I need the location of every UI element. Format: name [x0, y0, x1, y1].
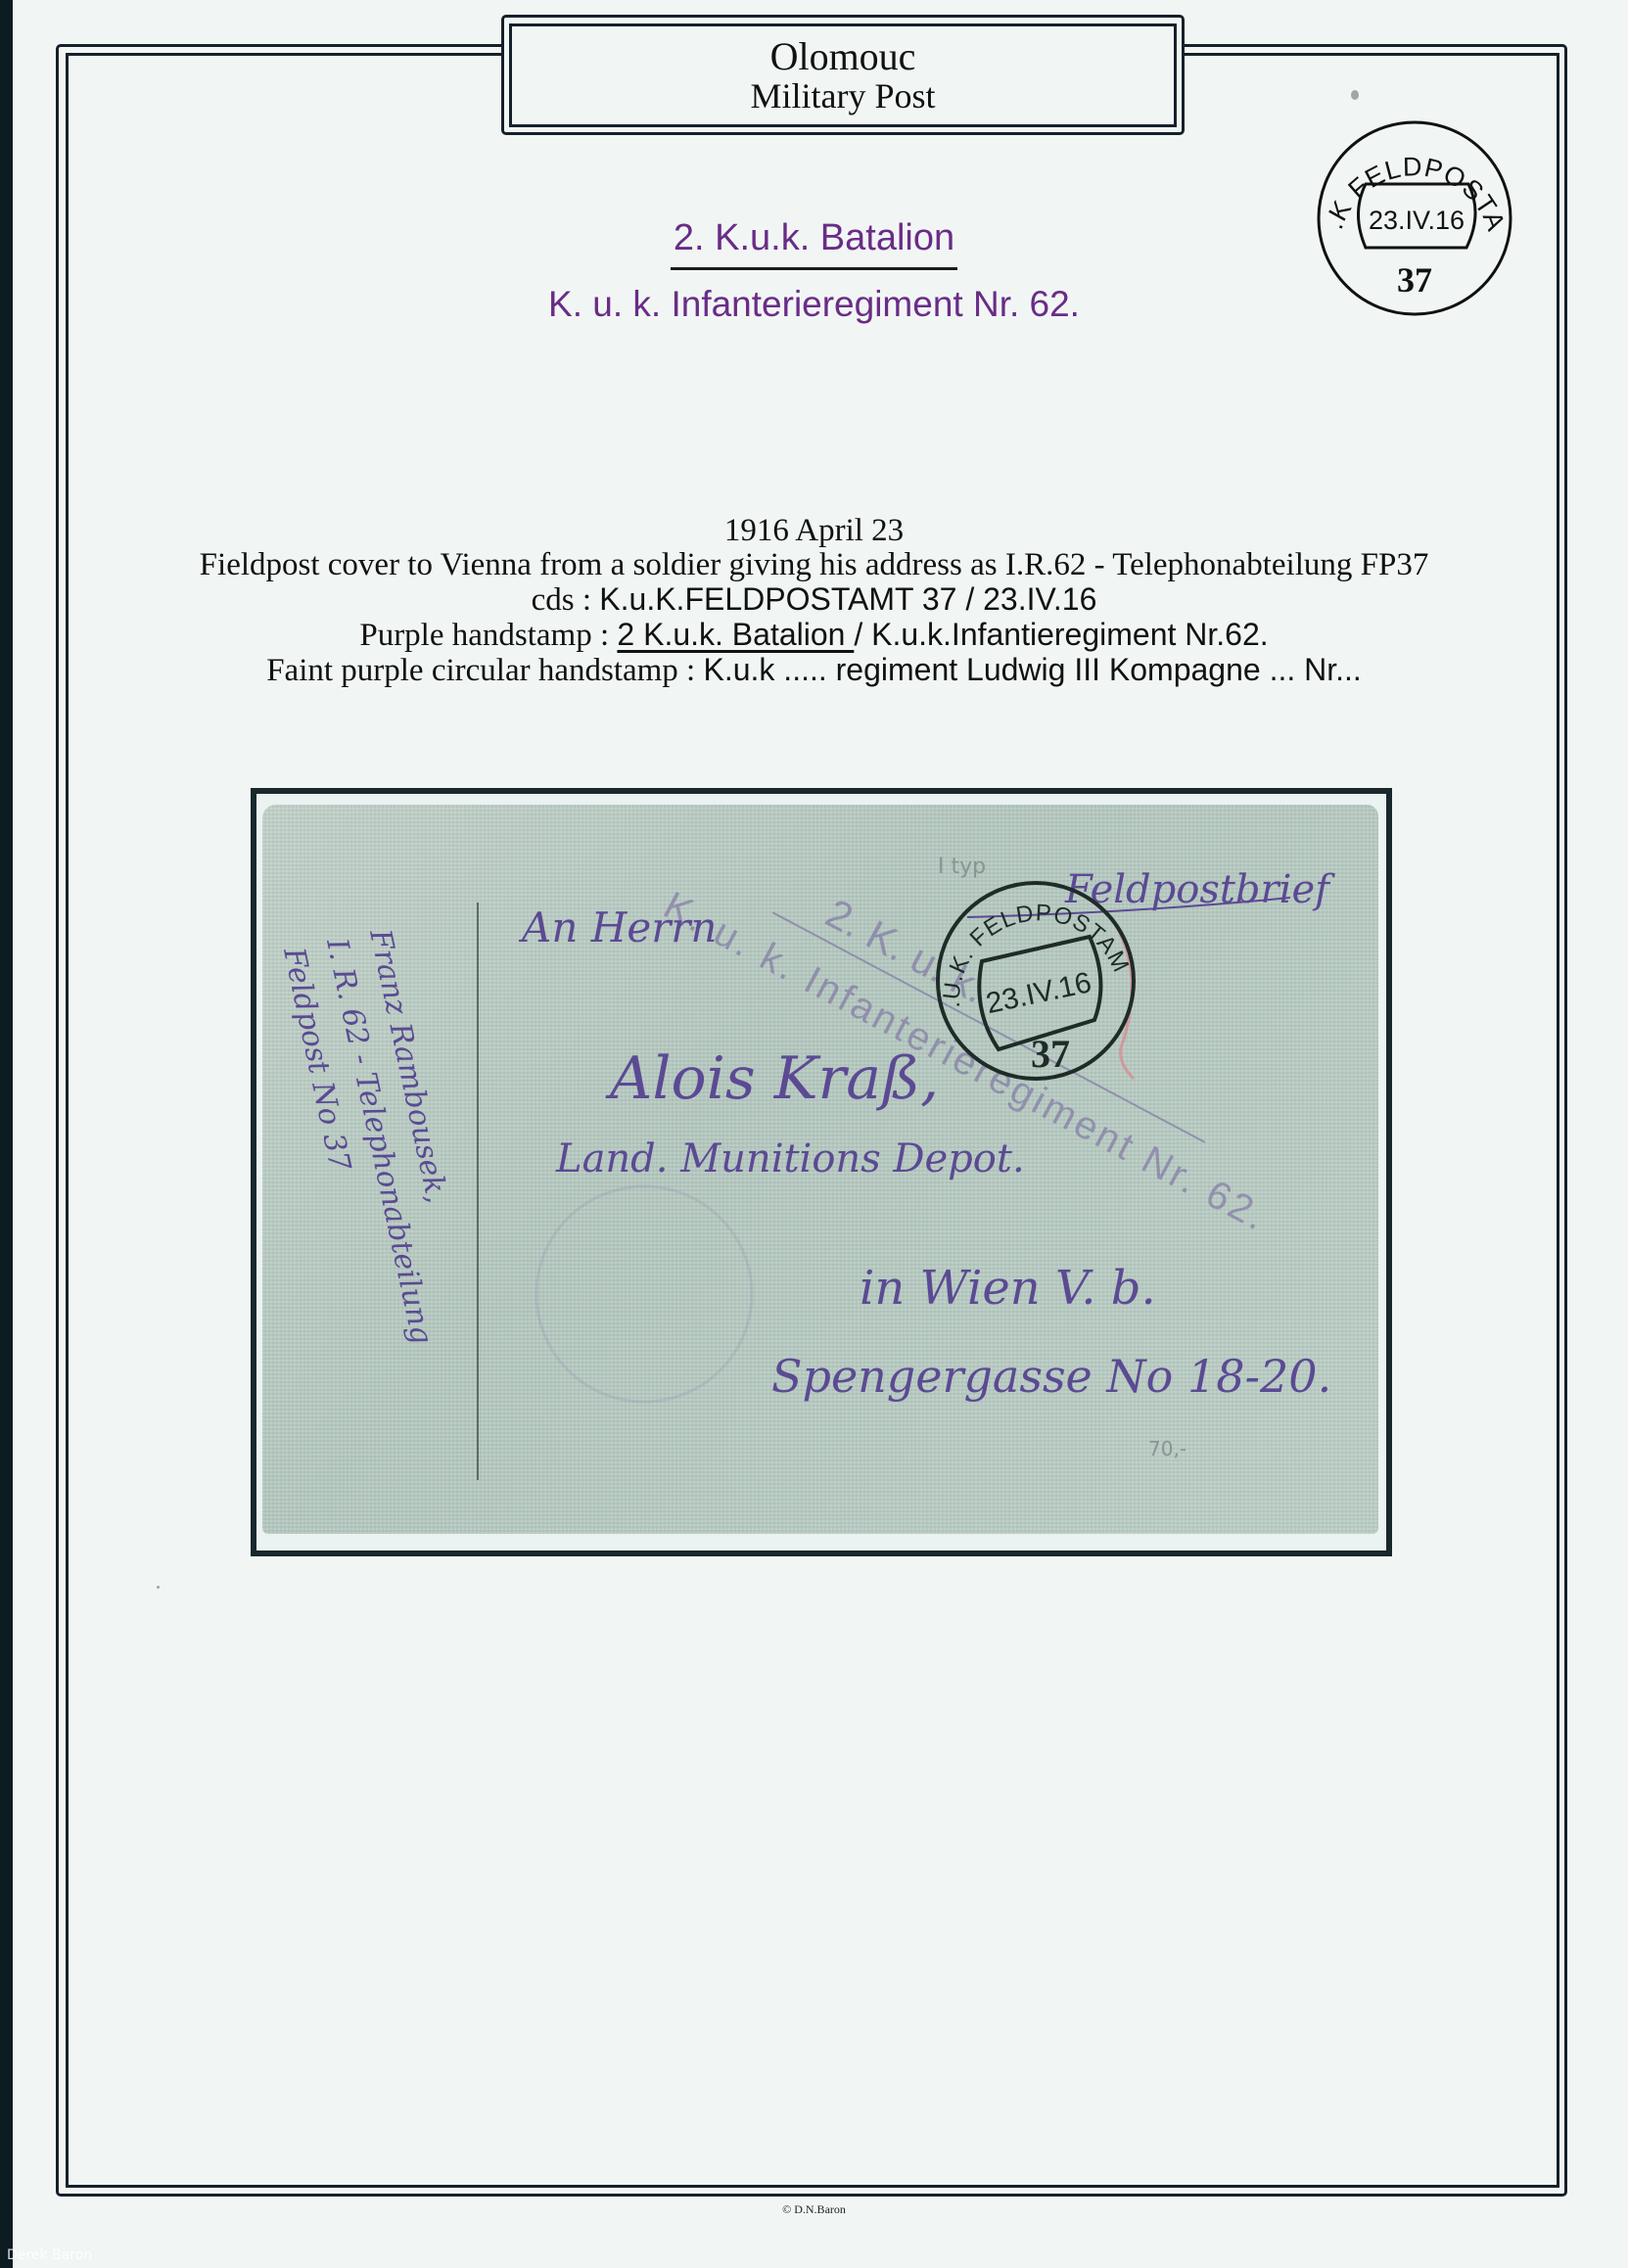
paper-speck — [157, 1586, 160, 1589]
recipient-name: Alois Kraß, — [605, 1044, 939, 1113]
feldpostamt-cancel: K.U.K. FELDPOSTAMT 23.IV.16 37 — [938, 883, 1135, 1079]
description-purple-handstamp: Purple handstamp : 2 K.u.k. Batalion / K… — [0, 618, 1628, 653]
description-faint-handstamp: Faint purple circular handstamp : K.u.k … — [0, 653, 1628, 688]
watermark: Derek Baron — [7, 2247, 92, 2263]
svg-text:23.IV.16: 23.IV.16 — [983, 966, 1093, 1020]
description-summary: Fieldpost cover to Vienna from a soldier… — [0, 548, 1628, 582]
scan-edge-strip — [0, 0, 13, 2268]
cover-description: 1916 April 23 Fieldpost cover to Vienna … — [0, 514, 1628, 688]
recipient-line2: Land. Munitions Depot. — [555, 1136, 1025, 1181]
page-subtitle: Military Post — [750, 78, 935, 114]
fieldpost-cover-image: Franz Rambousek, I. R. 62 - Telephonabte… — [262, 805, 1378, 1534]
page-title: Olomouc — [770, 37, 916, 76]
copyright-notice: © D.N.Baron — [0, 2202, 1628, 2217]
unit-regiment-heading: K. u. k. Infanterieregiment Nr. 62. — [0, 284, 1628, 325]
recipient-street: Spengergasse No 18-20. — [771, 1350, 1331, 1403]
sender-address: Franz Rambousek, I. R. 62 - Telephonabte… — [276, 925, 482, 1356]
pencil-note: I typ — [938, 855, 986, 879]
title-banner: Olomouc Military Post — [509, 23, 1177, 127]
description-date: 1916 April 23 — [0, 514, 1628, 548]
salutation: An Herrn — [518, 903, 717, 951]
unit-battalion-heading: 2. K.u.k. Batalion — [0, 217, 1628, 270]
description-cds: cds : K.u.K.FELDPOSTAMT 37 / 23.IV.16 — [0, 582, 1628, 618]
svg-text:37: 37 — [1031, 1032, 1070, 1076]
recipient-city: in Wien V. b. — [860, 1261, 1156, 1316]
paper-speck — [1351, 90, 1359, 100]
pencil-price: 70,- — [1148, 1437, 1186, 1460]
